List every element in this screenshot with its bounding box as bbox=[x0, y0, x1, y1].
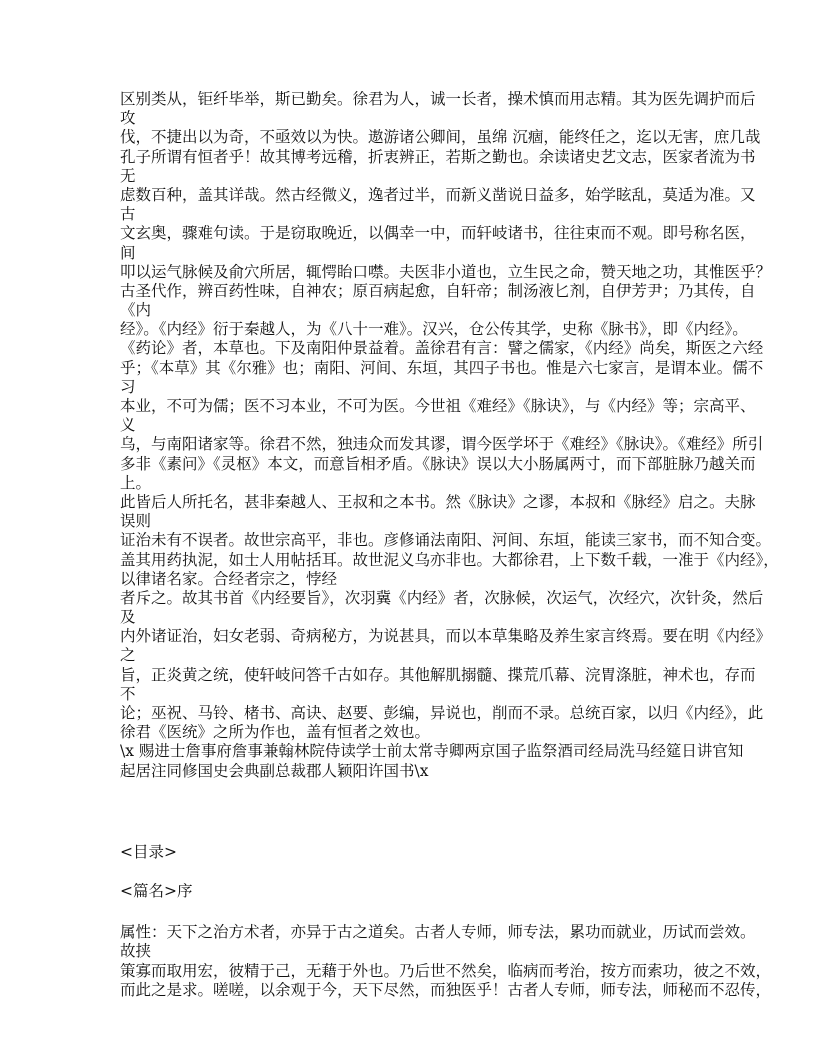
text-line: 及 bbox=[120, 608, 710, 627]
text-line: 策寡而取用宏，彼精于己，无藉于外也。乃后世不然矣，临病而考治，按方而索功，彼之不… bbox=[120, 962, 710, 981]
text-line: 证治未有不误者。故世宗高平，非也。彦修诵法南阳、河间、东垣，能读三家书，而不知合… bbox=[120, 531, 710, 550]
text-line: 伐，不捷出以为奇，不亟效以为快。遨游诸公卿间，虽绵 沉痼，能终任之，迄以无害，庶… bbox=[120, 128, 710, 147]
text-line: 起居注同修国史会典副总裁郡人颖阳许国书\x bbox=[120, 762, 710, 781]
text-line: 多非《素问》《灵枢》本文，而意旨相矛盾。《脉诀》误以大小肠属两寸，而下部脏脉乃越… bbox=[120, 455, 710, 474]
preface-text: 区别类从，钜纤毕举，斯已勤矣。徐君为人，诚一长者，操术慎而用志精。其为医先调护而… bbox=[120, 90, 710, 781]
text-line: 盖其用药执泥，如士人用帖括耳。故世泥义乌亦非也。大都徐君，上下数千载，一准于《内… bbox=[120, 551, 710, 570]
text-line: 徐君《医统》之所为作也，盖有恒者之效也。 bbox=[120, 723, 710, 742]
toc-heading: <目录> bbox=[120, 843, 710, 862]
text-line: 叩以运气脉候及俞穴所居，辄愕眙口噤。夫医非小道也，立生民之命，赞天地之功，其惟医… bbox=[120, 263, 710, 282]
text-line: 义 bbox=[120, 416, 710, 435]
text-line: 《药论》者，本草也。下及南阳仲景益着。盖徐君有言：譬之儒家，《内经》尚矣，斯医之… bbox=[120, 339, 710, 358]
chapter-heading: <篇名>序 bbox=[120, 882, 710, 901]
text-line: 以律诸名家。合经者宗之，悖经 bbox=[120, 570, 710, 589]
text-line: \x 赐进士詹事府詹事兼翰林院侍读学士前太常寺卿两京国子监祭酒司经局洗马经筵日讲… bbox=[120, 742, 710, 761]
text-line: 此皆后人所托名，甚非秦越人、王叔和之本书。然《脉诀》之谬，本叔和《脉经》启之。夫… bbox=[120, 493, 710, 512]
chapter-body-text: 属性：天下之治方术者，亦异于古之道矣。古者人专师，师专法，累功而就业，历试而尝效… bbox=[120, 923, 710, 1000]
text-line: 本业，不可为儒；医不习本业，不可为医。今世祖《难经》《脉诀》，与《内经》等；宗高… bbox=[120, 397, 710, 416]
text-line: 误则 bbox=[120, 512, 710, 531]
text-line: 内外诸证治，妇女老弱、奇病秘方，为说甚具，而以本草集略及养生家言终焉。要在明《内… bbox=[120, 627, 710, 646]
text-line: 旨，正炎黄之统，使轩岐问答千古如存。其他解肌搦髓、揲荒爪幕、浣胃涤脏，神术也，存… bbox=[120, 666, 710, 685]
text-line: 而此之是求。嗟嗟，以余观于今，天下尽然，而独医乎！古者人专师，师专法，师秘而不忍… bbox=[120, 981, 710, 1000]
text-line: 攻 bbox=[120, 109, 710, 128]
text-line: 虑数百种，盖其详哉。然古经微义，逸者过半，而新义凿说日益多，始学眩乱，莫适为准。… bbox=[120, 186, 710, 205]
text-line: 上。 bbox=[120, 474, 710, 493]
text-line: 故挟 bbox=[120, 942, 710, 961]
text-line: 古圣代作，辨百药性味，自神农；原百病起愈，自轩帝；制汤液匕剂，自伊芳尹；乃其传，… bbox=[120, 282, 710, 301]
text-line: 区别类从，钜纤毕举，斯已勤矣。徐君为人，诚一长者，操术慎而用志精。其为医先调护而… bbox=[120, 90, 710, 109]
text-line: 《内 bbox=[120, 301, 710, 320]
text-line: 古 bbox=[120, 205, 710, 224]
text-line: 乎；《本草》其《尔雅》也；南阳、河间、东垣，其四子书也。惟是六七家言，是谓本业。… bbox=[120, 359, 710, 378]
text-line: 文玄奥，骤难句读。于是窃取晚近，以偶幸一中，而轩岐诸书，往往束而不观。即号称名医… bbox=[120, 224, 710, 243]
text-line: 经》。《内经》衍于秦越人，为《八十一难》。汉兴，仓公传其学，史称《脉书》，即《内… bbox=[120, 320, 710, 339]
text-line: 论；巫祝、马铃、楮书、高诀、赵要、彭编，异说也，削而不录。总统百家，以归《内经》… bbox=[120, 704, 710, 723]
text-line: 属性：天下之治方术者，亦异于古之道矣。古者人专师，师专法，累功而就业，历试而尝效… bbox=[120, 923, 710, 942]
text-line: 孔子所谓有恒者乎！故其博考远稽，折衷辨正，若斯之勤也。余读诸史艺文志，医家者流为… bbox=[120, 148, 710, 167]
text-line: 间 bbox=[120, 244, 710, 263]
text-line: 乌，与南阳诸家等。徐君不然，独违众而发其谬，谓今医学坏于《难经》《脉诀》。《难经… bbox=[120, 435, 710, 454]
text-line: 不 bbox=[120, 685, 710, 704]
text-line: 习 bbox=[120, 378, 710, 397]
text-line: 者斥之。故其书首《内经要旨》，次羽冀《内经》者，次脉候，次运气，次经穴，次针灸，… bbox=[120, 589, 710, 608]
text-line: 无 bbox=[120, 167, 710, 186]
text-line: 之 bbox=[120, 646, 710, 665]
document-page: 区别类从，钜纤毕举，斯已勤矣。徐君为人，诚一长者，操术慎而用志精。其为医先调护而… bbox=[120, 90, 710, 1000]
